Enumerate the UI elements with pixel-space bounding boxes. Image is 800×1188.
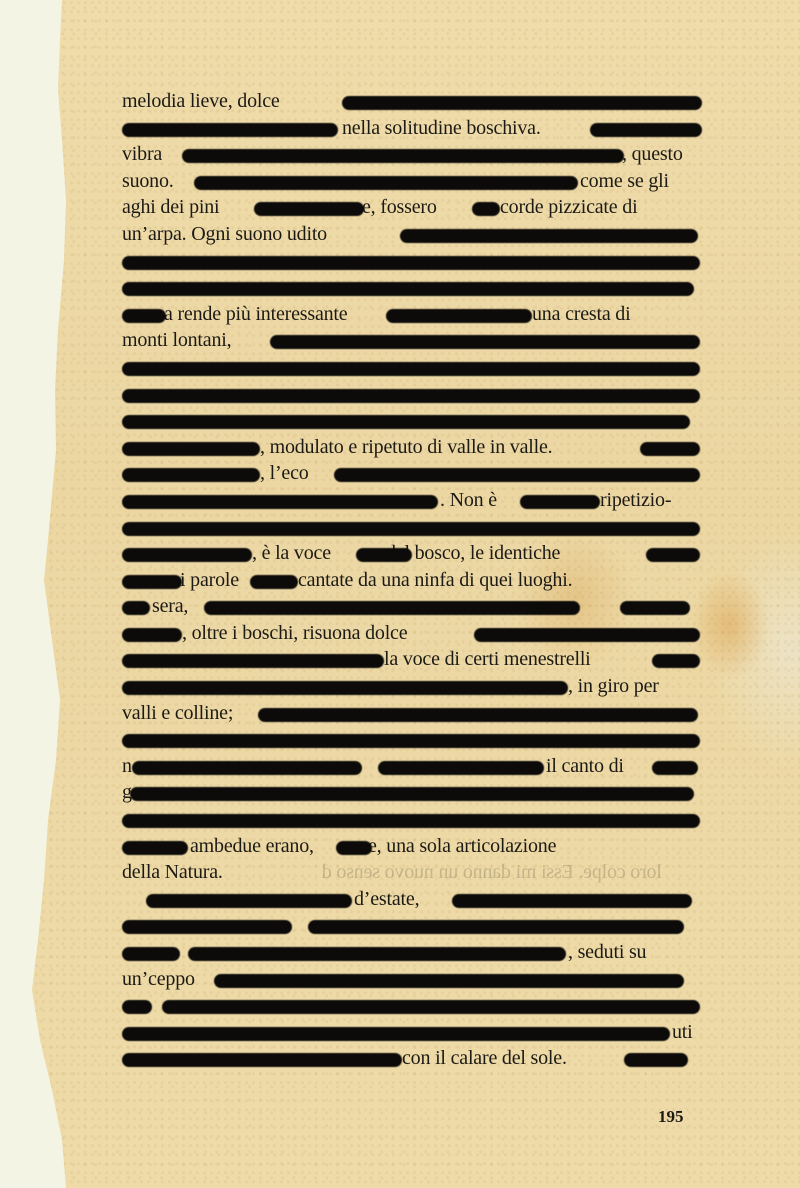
- visible-word-group: sera,: [152, 593, 188, 620]
- text-line: [122, 912, 700, 939]
- text-line: aghi dei pinie, fosserocorde pizzicate d…: [122, 194, 700, 221]
- redaction-bar: [356, 548, 412, 562]
- visible-word-group: , modulato e ripetuto di valle in valle.: [260, 434, 552, 461]
- text-line: vibra, questo: [122, 141, 700, 168]
- text-line: sera,: [122, 593, 700, 620]
- redaction-bar: [452, 894, 692, 908]
- text-line: g: [122, 779, 700, 806]
- redaction-bar: [624, 1053, 688, 1067]
- text-line: [122, 248, 700, 275]
- visible-word-group: vibra: [122, 141, 162, 168]
- redaction-bar: [122, 468, 260, 482]
- text-line: a rende più interessanteuna cresta di: [122, 301, 700, 328]
- visible-word-group: come se gli: [580, 168, 669, 195]
- redaction-bar: [122, 495, 438, 509]
- text-line: d’estate,: [122, 886, 700, 913]
- text-line: [122, 381, 700, 408]
- redaction-bar: [250, 575, 298, 589]
- bleedthrough-text: loro colpe. Essi mi danno un nuovo senso…: [322, 859, 662, 886]
- redaction-bar: [130, 787, 694, 801]
- text-line: con il calare del sole.: [122, 1045, 700, 1072]
- redaction-bar: [342, 96, 702, 110]
- redaction-bar: [122, 256, 700, 270]
- visible-word-group: del bosco, le identiche: [386, 540, 560, 567]
- text-line: la voce di certi menestrelli: [122, 646, 700, 673]
- text-line: i parolecantate da una ninfa di quei luo…: [122, 567, 700, 594]
- redaction-bar: [590, 123, 702, 137]
- visible-word-group: melodia lieve, dolce: [122, 88, 280, 115]
- redaction-bar: [122, 389, 700, 403]
- redaction-bar: [254, 202, 364, 216]
- visible-word-group: della Natura.: [122, 859, 223, 886]
- visible-word-group: valli e colline;: [122, 700, 233, 727]
- page-number: 195: [658, 1107, 684, 1127]
- redaction-bar: [640, 442, 700, 456]
- redaction-bar: [122, 362, 700, 376]
- text-line: uti: [122, 1019, 700, 1046]
- redaction-bar: [122, 947, 180, 961]
- text-line: un’ceppo: [122, 966, 700, 993]
- redaction-bar: [122, 1000, 152, 1014]
- visible-word-group: cantate da una ninfa di quei luoghi.: [298, 567, 572, 594]
- redaction-bar: [472, 202, 500, 216]
- visible-word-group: . Non è: [440, 487, 497, 514]
- visible-word-group: d’estate,: [354, 886, 419, 913]
- redaction-bar: [122, 123, 338, 137]
- redaction-bar: [122, 601, 150, 615]
- text-line: [122, 354, 700, 381]
- redaction-bar: [122, 415, 690, 429]
- redaction-bar: [646, 548, 700, 562]
- visible-word-group: un’ceppo: [122, 966, 195, 993]
- visible-word-group: i parole: [180, 567, 239, 594]
- redaction-bar: [122, 575, 182, 589]
- visible-word-group: la voce di certi menestrelli: [384, 646, 591, 673]
- visible-word-group: , in giro per: [568, 673, 659, 700]
- visible-word-group: una cresta di: [532, 301, 630, 328]
- text-line: [122, 514, 700, 541]
- redaction-bar: [122, 522, 700, 536]
- visible-word-group: , seduti su: [568, 939, 646, 966]
- redaction-bar: [400, 229, 698, 243]
- redaction-bar: [122, 548, 252, 562]
- text-line: , seduti su: [122, 939, 700, 966]
- visible-word-group: aghi dei pini: [122, 194, 219, 221]
- text-line: , è la vocedel bosco, le identiche: [122, 540, 700, 567]
- visible-word-group: un’arpa. Ogni suono udito: [122, 221, 327, 248]
- visible-word-group: e, una sola articolazione: [368, 833, 556, 860]
- text-line: [122, 407, 700, 434]
- visible-word-group: suono.: [122, 168, 174, 195]
- redaction-bar: [652, 654, 700, 668]
- text-line: un’arpa. Ogni suono udito: [122, 221, 700, 248]
- text-line: melodia lieve, dolce: [122, 88, 700, 115]
- redaction-bar: [188, 947, 566, 961]
- redaction-bar: [122, 681, 568, 695]
- visible-word-group: ambedue erano,: [190, 833, 314, 860]
- redaction-bar: [474, 628, 700, 642]
- redaction-bar: [122, 309, 166, 323]
- redaction-bar: [182, 149, 624, 163]
- text-line: , l’eco: [122, 460, 700, 487]
- redaction-bar: [334, 468, 700, 482]
- text-line: loro colpe. Essi mi danno un nuovo senso…: [122, 859, 700, 886]
- text-line: suono.come se gli: [122, 168, 700, 195]
- redaction-bar: [132, 761, 362, 775]
- redaction-bar: [652, 761, 698, 775]
- redaction-bar: [122, 734, 700, 748]
- text-line: , modulato e ripetuto di valle in valle.: [122, 434, 700, 461]
- redaction-bar: [122, 654, 384, 668]
- redaction-bar: [122, 1053, 402, 1067]
- visible-word-group: , oltre i boschi, risuona dolce: [182, 620, 407, 647]
- redaction-bar: [122, 814, 700, 828]
- redaction-bar: [204, 601, 580, 615]
- redaction-bar: [122, 282, 694, 296]
- visible-word-group: a rende più interessante: [164, 301, 347, 328]
- redaction-bar: [308, 920, 684, 934]
- redaction-bar: [162, 1000, 700, 1014]
- blackout-poem-text: melodia lieve, dolcenella solitudine bos…: [122, 88, 700, 1072]
- visible-word-group: corde pizzicate di: [500, 194, 637, 221]
- text-line: [122, 806, 700, 833]
- text-line: , in giro per: [122, 673, 700, 700]
- text-line: monti lontani,: [122, 327, 700, 354]
- text-line: . Non èripetizio-: [122, 487, 700, 514]
- visible-word-group: n: [122, 753, 132, 780]
- redaction-bar: [122, 920, 292, 934]
- visible-word-group: con il calare del sole.: [402, 1045, 567, 1072]
- redaction-bar: [386, 309, 532, 323]
- redaction-bar: [122, 841, 188, 855]
- redaction-bar: [194, 176, 578, 190]
- visible-word-group: , l’eco: [260, 460, 309, 487]
- visible-word-group: e, fossero: [362, 194, 437, 221]
- text-line: [122, 274, 700, 301]
- redaction-bar: [336, 841, 372, 855]
- visible-word-group: uti: [672, 1019, 693, 1046]
- redaction-bar: [122, 1027, 670, 1041]
- redaction-bar: [258, 708, 698, 722]
- visible-word-group: , questo: [622, 141, 683, 168]
- text-line: [122, 992, 700, 1019]
- redaction-bar: [122, 442, 260, 456]
- visible-word-group: ripetizio-: [600, 487, 671, 514]
- visible-word-group: monti lontani,: [122, 327, 231, 354]
- redaction-bar: [122, 628, 182, 642]
- text-line: [122, 726, 700, 753]
- redaction-bar: [146, 894, 352, 908]
- text-line: nil canto di: [122, 753, 700, 780]
- text-line: valli e colline;: [122, 700, 700, 727]
- redaction-bar: [520, 495, 600, 509]
- redaction-bar: [214, 974, 684, 988]
- text-line: ambedue erano,e, una sola articolazione: [122, 833, 700, 860]
- redaction-bar: [270, 335, 700, 349]
- text-line: , oltre i boschi, risuona dolce: [122, 620, 700, 647]
- visible-word-group: il canto di: [546, 753, 624, 780]
- redaction-bar: [378, 761, 544, 775]
- visible-word-group: , è la voce: [252, 540, 331, 567]
- text-line: nella solitudine boschiva.: [122, 115, 700, 142]
- visible-word-group: nella solitudine boschiva.: [342, 115, 541, 142]
- redaction-bar: [620, 601, 690, 615]
